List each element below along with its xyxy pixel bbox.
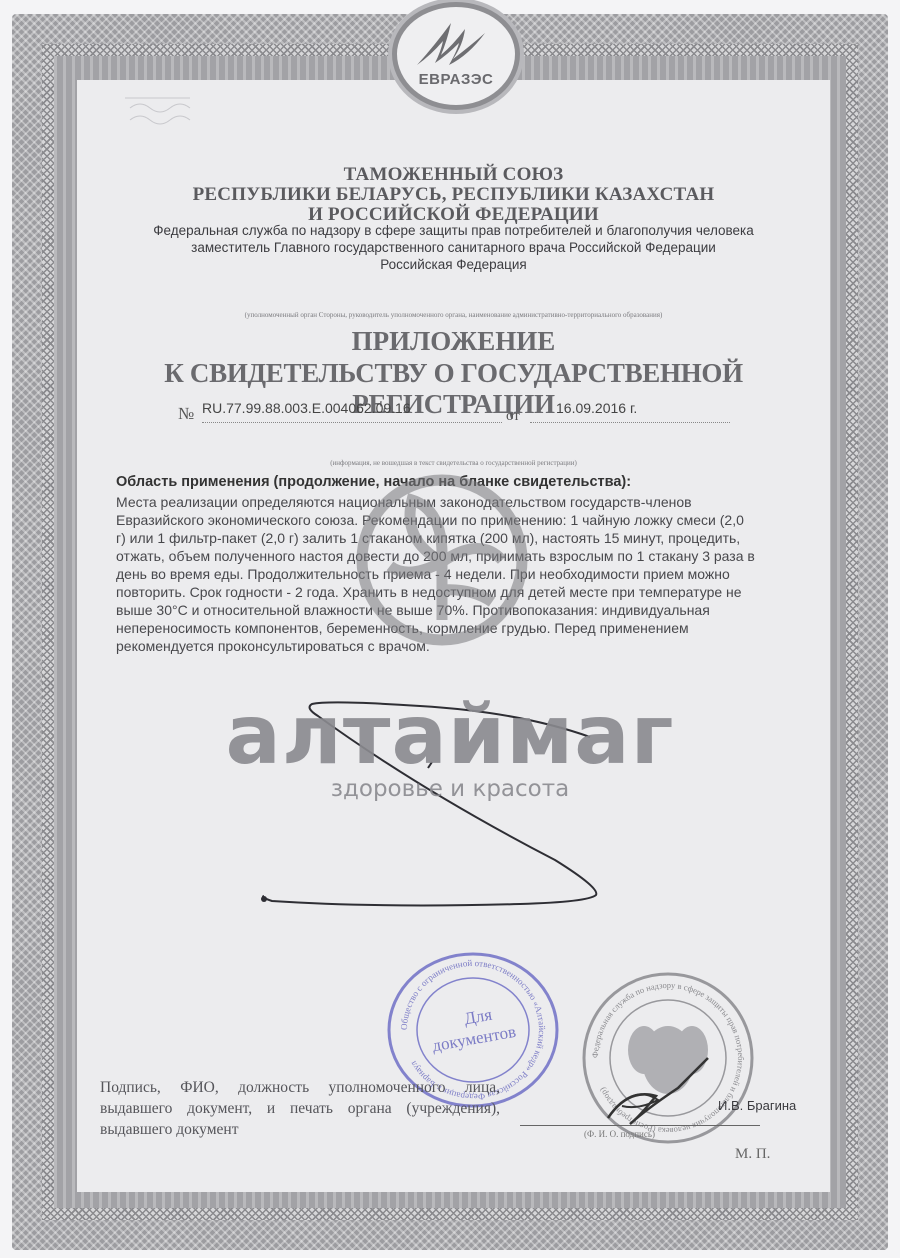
signer-name: И.В. Брагина	[718, 1098, 796, 1113]
signature-caption: (Ф. И. О. подпись)	[584, 1129, 655, 1139]
svg-text:Для: Для	[463, 1005, 494, 1029]
signature-line	[520, 1125, 760, 1126]
watermark-brand: алтаймаг	[0, 688, 900, 783]
watermark-tagline: здоровье и красота	[0, 776, 900, 802]
double-headed-eagle-icon	[628, 1026, 708, 1094]
seal-mark: М. П.	[735, 1146, 770, 1163]
footer-signature-note: Подпись, ФИО, должность уполномоченного …	[100, 1077, 500, 1140]
